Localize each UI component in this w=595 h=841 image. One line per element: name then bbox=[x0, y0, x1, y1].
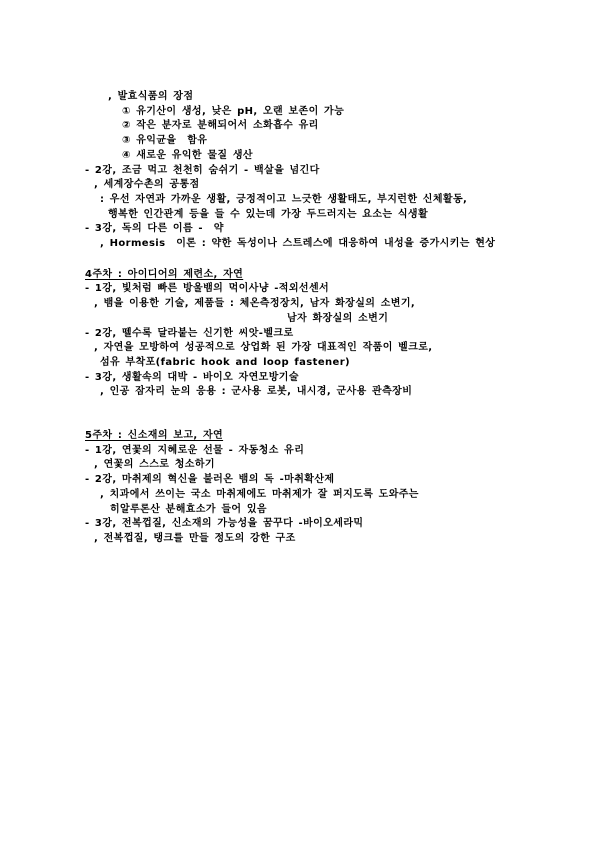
text-line: - 3강, 전복껍질, 신소재의 가능성을 꿈꾸다 -바이오세라믹 bbox=[85, 517, 565, 532]
text-line: - 3강, 생활속의 대박 - 바이오 자연모방기술 bbox=[85, 371, 565, 386]
text-line: ③ 유익균을 함유 bbox=[85, 134, 565, 149]
text-line: , 연꽃의 스스로 청소하기 bbox=[85, 458, 565, 473]
text-line: - 1강, 빛처럼 빠른 방울뱀의 먹이사냥 -적외선센서 bbox=[85, 282, 565, 297]
notes-section: , 발효식품의 장점① 유기산이 생성, 낮은 pH, 오랜 보존이 가능② 작… bbox=[85, 90, 565, 252]
text-line: 행복한 인간관계 등을 들 수 있는데 가장 두드러지는 요소는 식생활 bbox=[85, 208, 565, 223]
text-line: , 발효식품의 장점 bbox=[85, 90, 565, 105]
text-line: - 2강, 마취제의 혁신을 불러온 뱀의 독 -마취확산제 bbox=[85, 473, 565, 488]
text-line: ② 작은 분자로 분해되어서 소화흡수 유리 bbox=[85, 119, 565, 134]
text-line: 남자 화장실의 소변기 bbox=[85, 312, 565, 327]
text-line: , 치과에서 쓰이는 국소 마취제에도 마취제가 잘 퍼지도록 도와주는 bbox=[85, 488, 565, 503]
text-line: - 2강, 조금 먹고 천천히 숨쉬기 - 백살을 넘긴다 bbox=[85, 164, 565, 179]
text-line: 섬유 부착포(fabric hook and loop fastener) bbox=[85, 356, 565, 371]
text-line: - 1강, 연꽃의 지혜로운 선물 - 자동청소 유리 bbox=[85, 444, 565, 459]
notes-section: 4주차 : 아이디어의 제련소, 자연- 1강, 빛처럼 빠른 방울뱀의 먹이사… bbox=[85, 268, 565, 400]
notes-section: 5주차 : 신소재의 보고, 자연- 1강, 연꽃의 지혜로운 선물 - 자동청… bbox=[85, 429, 565, 547]
text-line: 히알루론산 분해효소가 들어 있음 bbox=[85, 503, 565, 518]
text-line: , 인공 잠자리 눈의 응용 : 군사용 로봇, 내시경, 군사용 관측장비 bbox=[85, 385, 565, 400]
section-heading: 5주차 : 신소재의 보고, 자연 bbox=[85, 429, 565, 444]
document-page: , 발효식품의 장점① 유기산이 생성, 낮은 pH, 오랜 보존이 가능② 작… bbox=[0, 0, 595, 841]
text-line: , 뱀을 이용한 기술, 제품들 : 체온측정장치, 남자 화장실의 소변기, bbox=[85, 297, 565, 312]
text-line: ④ 새로운 유익한 물질 생산 bbox=[85, 149, 565, 164]
text-line: - 3강, 독의 다른 이름 - 약 bbox=[85, 222, 565, 237]
text-line: : 우선 자연과 가까운 생활, 긍정적이고 느긋한 생활태도, 부지런한 신체… bbox=[85, 193, 565, 208]
text-line: , 세계장수촌의 공통점 bbox=[85, 178, 565, 193]
text-line: , Hormesis 이론 : 약한 독성이나 스트레스에 대응하여 내성을 증… bbox=[85, 237, 565, 252]
section-heading: 4주차 : 아이디어의 제련소, 자연 bbox=[85, 268, 565, 283]
text-line: - 2강, 뗄수록 달라붙는 신기한 씨앗-벨크로 bbox=[85, 327, 565, 342]
text-line: ① 유기산이 생성, 낮은 pH, 오랜 보존이 가능 bbox=[85, 105, 565, 120]
document-text-block: , 발효식품의 장점① 유기산이 생성, 낮은 pH, 오랜 보존이 가능② 작… bbox=[85, 90, 565, 547]
text-line: , 전복껍질, 탱크를 만들 정도의 강한 구조 bbox=[85, 532, 565, 547]
text-line: , 자연을 모방하여 성공적으로 상업화 된 가장 대표적인 작품이 벨크로, bbox=[85, 341, 565, 356]
